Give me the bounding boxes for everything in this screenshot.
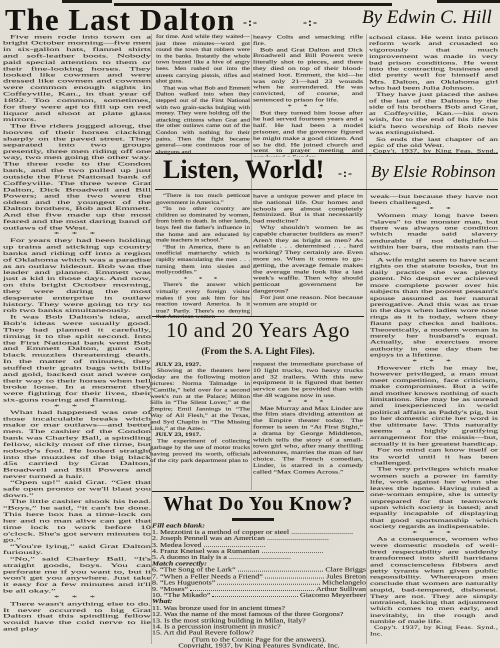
paragraph: For just one reason. Not because women a… <box>253 294 363 307</box>
paragraph: for time. And while they waited—just thr… <box>156 34 250 85</box>
paragraph: request the immediate purchase of 10 lig… <box>253 361 363 399</box>
paragraph: There wasn't anything else to do. It nev… <box>3 601 151 633</box>
paragraph: As a consequence, women who were domesti… <box>370 536 498 625</box>
listen-world-column-1: “There is too much petticoat government … <box>156 193 250 318</box>
paragraph: “But in America, there is an unofficial … <box>156 244 250 276</box>
column-rule <box>251 360 252 490</box>
paragraph: weak—but because they have not been chal… <box>370 193 498 206</box>
paragraph: “You're lying,” said Grat Dalton furious… <box>3 544 151 557</box>
dalton-byline: By Edwin C. Hill <box>362 7 492 29</box>
paragraph: have a unique power and place in the nat… <box>253 193 363 225</box>
quiz-match-items: 6. “The Song of the Lark”Clare Briggs7. … <box>152 567 366 599</box>
paragraph: They have just placed the ashes of the l… <box>369 91 498 135</box>
column-rule <box>366 34 367 644</box>
ornament: -:- <box>243 15 258 30</box>
paragraph: “No,” said Charley Ball. “It's straight … <box>3 556 151 594</box>
paragraph: Five men rode into town on a bright Octo… <box>3 34 151 123</box>
dotted-leader <box>212 596 298 597</box>
newspaper-page: The Last Dalton -:- -:- By Edwin C. Hill… <box>0 0 500 648</box>
dotted-leader <box>238 571 324 572</box>
dotted-leader <box>217 584 320 585</box>
quiz-copyright: Copyright, 1937, by King Features Syndic… <box>152 643 366 648</box>
paragraph: Mae Murray and Max Linder are the film s… <box>253 405 363 475</box>
listen-world-byline: By Elsie Robinson <box>371 162 496 182</box>
dalton-column-3: heavy Colts and smacking rifle fire.Bob … <box>253 34 363 156</box>
paragraph: heavy Colts and smacking rifle fire. <box>253 34 363 47</box>
listen-world-column-2: have a unique power and place in the nat… <box>253 193 363 318</box>
years-ago-headline: 10 and 20 Years Ago <box>152 318 364 343</box>
paragraph: There's the answer which virtually every… <box>156 282 250 318</box>
paragraph: “In no other country are children so dom… <box>156 206 250 244</box>
paragraph: What had happened was one of those incal… <box>3 410 151 480</box>
paragraph: It was Bob Dalton's idea, and Bob's idea… <box>3 314 151 403</box>
paragraph: Women may long have been “slaves” to the… <box>370 212 498 256</box>
dalton-headline: The Last Dalton <box>5 2 235 38</box>
listen-world-column-3: weak—but because they have not been chal… <box>370 193 498 646</box>
section-rule <box>155 153 498 154</box>
paragraph: That was what Bob and Emmett Dalton walk… <box>156 85 250 155</box>
years-ago-subtitle: (From the S. A. Light Files). <box>152 347 364 357</box>
paragraph: Why shouldn't women be as capable charac… <box>253 225 363 295</box>
paragraph: For years they had been holding up train… <box>3 238 151 314</box>
dalton-column-2: for time. And while they waited—just thr… <box>156 34 250 157</box>
dalton-column-4: school class. He went into prison reform… <box>369 34 498 156</box>
ornament: -:- <box>338 166 353 181</box>
section-rule <box>152 491 364 492</box>
paragraph: Copy't. 1937, by King Feas. Synd., Inc. <box>370 625 498 638</box>
quiz-title-underline <box>232 518 274 521</box>
dalton-column-1: Five men rode into town on a bright Octo… <box>3 34 151 644</box>
section-rule <box>155 189 498 190</box>
dotted-leader <box>190 590 314 591</box>
ornament: -:- <box>303 15 318 30</box>
quiz-body: Fill each blank: 1. Mezzotint is a metho… <box>152 523 366 648</box>
quiz-what-items: 11. Was bronze used for in ancient times… <box>152 605 366 637</box>
quiz-fill-items: 1. Mezzotint is a method of copper or st… <box>152 529 366 561</box>
paragraph: The little cashier shook his head. “Boys… <box>3 499 151 544</box>
quiz-headline: What Do You Know? <box>152 493 364 516</box>
years-ago-column-1: JULY 23, 1927.Showing at the theaters he… <box>150 361 250 491</box>
paragraph: The experiment of collecting garbage by … <box>150 438 250 464</box>
paragraph: So ends the last chapter of an epic of t… <box>369 136 498 149</box>
torn-edge <box>437 0 500 3</box>
dotted-leader <box>265 577 324 578</box>
listen-world-headline: Listen, World! <box>163 155 324 185</box>
column-rule <box>251 34 252 316</box>
years-ago-column-2: request the immediate purchase of 10 lig… <box>253 361 363 491</box>
paragraph: Showing at the theaters here today are t… <box>150 367 250 431</box>
paragraph: For no mind can know itself or its world… <box>370 447 498 466</box>
section-rule <box>152 316 364 317</box>
paragraph: The very privileges which make women suc… <box>370 466 498 529</box>
paragraph: “There is too much petticoat government … <box>156 193 250 206</box>
paragraph: A wife might seem to have scant rights o… <box>370 256 498 358</box>
paragraph: However rich he may be, however privileg… <box>370 364 498 447</box>
paragraph: Bob and Grat Dalton and Dick Broadwell a… <box>253 47 363 104</box>
paragraph: school class. He went into prison reform… <box>369 34 498 91</box>
paragraph: But they turned him loose after he had s… <box>253 110 363 156</box>
paragraph: The five riders jogged along, the hooves… <box>3 123 151 231</box>
paragraph: “Open up!” said Grat. “Get that safe ope… <box>3 480 151 499</box>
